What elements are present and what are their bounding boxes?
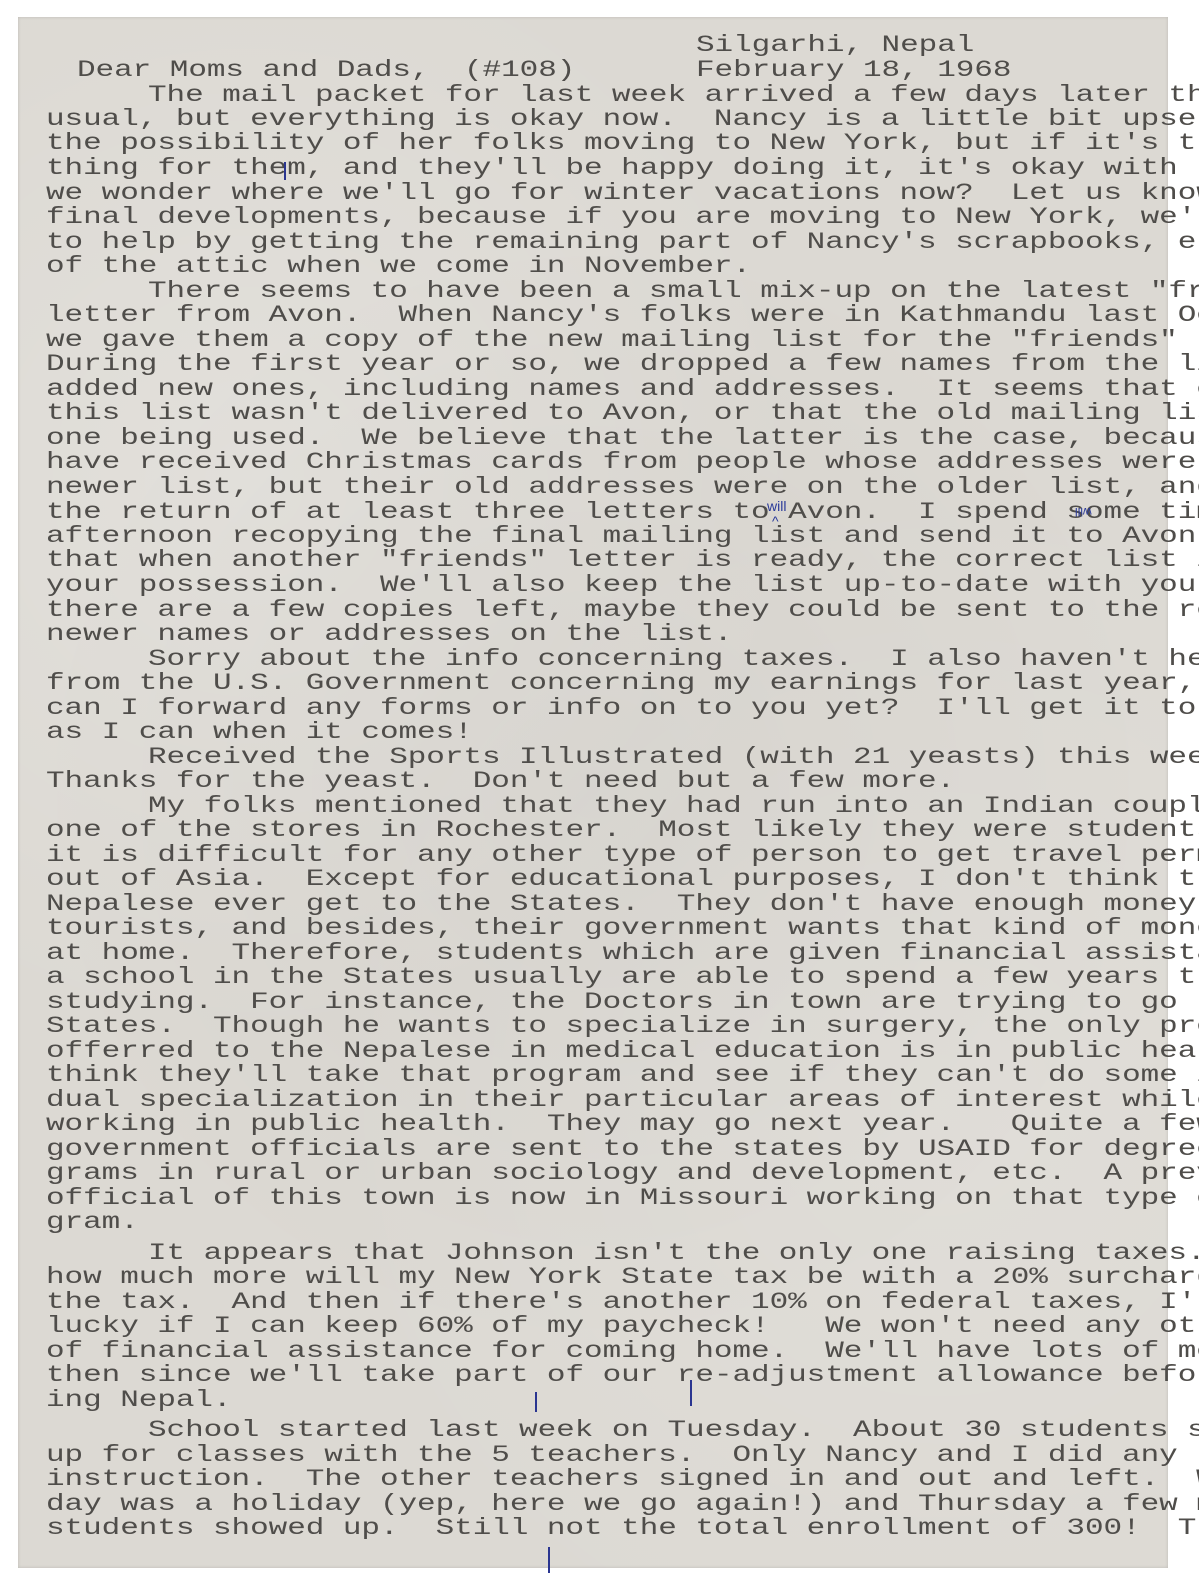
body-line: the return of at least three letters to … <box>46 504 1199 522</box>
pen-stroke-mark <box>548 1547 550 1573</box>
body-line: think they'll take that program and see … <box>46 1067 1199 1085</box>
body-line: we gave them a copy of the new mailing l… <box>46 332 1199 350</box>
body-line: dual specialization in their particular … <box>46 1092 1199 1110</box>
pen-stroke-mark <box>284 162 286 180</box>
handwritten-insert-will: will <box>767 499 786 513</box>
body-line: The mail packet for last week arrived a … <box>148 87 1199 105</box>
body-line: final developments, because if you are m… <box>46 209 1199 227</box>
body-line: studying. For instance, the Doctors in t… <box>46 994 1199 1012</box>
salutation: Dear Moms and Dads, <box>77 62 430 80</box>
header-date: February 18, 1968 <box>696 62 1011 80</box>
body-line: as I can when it comes! <box>46 724 473 742</box>
body-line: official of this town is now in Missouri… <box>46 1190 1199 1208</box>
body-line: Nepalese ever get to the States. They do… <box>46 896 1199 914</box>
body-line: one being used. We believe that the latt… <box>46 430 1199 448</box>
body-line: up for classes with the 5 teachers. Only… <box>46 1447 1199 1465</box>
body-line: students showed up. Still not the total … <box>46 1520 1199 1538</box>
body-line: your possession. We'll also keep the lis… <box>46 577 1199 595</box>
body-line: of the attic when we come in November. <box>46 258 751 276</box>
body-line: thing for them, and they'll be happy doi… <box>46 160 1199 178</box>
caret-mark-icon: ^ <box>772 514 779 528</box>
pen-stroke-mark <box>535 1392 537 1412</box>
body-line: there are a few copies left, maybe they … <box>46 602 1199 620</box>
body-line: at home. Therefore, students which are g… <box>46 945 1199 963</box>
letter-page: Silgarhi, Nepal Dear Moms and Dads, (#10… <box>18 17 1168 1568</box>
body-line: instruction. The other teachers signed i… <box>46 1471 1199 1489</box>
handwritten-margin-will: will <box>1075 505 1092 519</box>
header-location: Silgarhi, Nepal <box>696 37 974 55</box>
body-line: Thanks for the yeast. Don't need but a f… <box>46 773 955 791</box>
body-line: government officials are sent to the sta… <box>46 1141 1199 1159</box>
body-line: During the first year or so, we dropped … <box>46 356 1199 374</box>
body-line: offerred to the Nepalese in medical educ… <box>46 1043 1199 1061</box>
body-line: Received the Sports Illustrated (with 21… <box>148 749 1199 767</box>
body-line: the possibility of her folks moving to N… <box>46 135 1199 153</box>
body-line: day was a holiday (yep, here we go again… <box>46 1496 1199 1514</box>
letter-number: (#108) <box>464 62 575 80</box>
body-line: that when another "friends" letter is re… <box>46 552 1199 570</box>
body-line: to help by getting the remaining part of… <box>46 234 1199 252</box>
body-line: out of Asia. Except for educational purp… <box>46 871 1199 889</box>
body-line: one of the stores in Rochester. Most lik… <box>46 822 1199 840</box>
body-line: letter from Avon. When Nancy's folks wer… <box>46 307 1199 325</box>
body-line: ing Nepal. <box>46 1392 232 1410</box>
pen-stroke-mark <box>690 1380 692 1406</box>
body-line: we wonder where we'll go for winter vaca… <box>46 185 1199 203</box>
body-line: My folks mentioned that they had run int… <box>148 798 1199 816</box>
body-line: can I forward any forms or info on to yo… <box>46 700 1199 718</box>
body-line: States. Though he wants to specialize in… <box>46 1018 1199 1036</box>
body-line: then since we'll take part of our re-adj… <box>46 1367 1199 1385</box>
body-line: grams in rural or urban sociology and de… <box>46 1165 1199 1183</box>
body-line: There seems to have been a small mix-up … <box>148 283 1199 301</box>
body-line: Sorry about the info concerning taxes. I… <box>148 651 1199 669</box>
body-line: afternoon recopying the final mailing li… <box>46 528 1199 546</box>
body-line: a school in the States usually are able … <box>46 969 1199 987</box>
body-line: newer names or addresses on the list. <box>46 626 732 644</box>
body-line: lucky if I can keep 60% of my paycheck! … <box>46 1318 1199 1336</box>
body-line: of financial assistance for coming home.… <box>46 1343 1199 1361</box>
body-line: how much more will my New York State tax… <box>46 1269 1199 1287</box>
body-line: have received Christmas cards from peopl… <box>46 454 1199 472</box>
body-line: School started last week on Tuesday. Abo… <box>148 1422 1199 1440</box>
body-line: working in public health. They may go ne… <box>46 1116 1199 1134</box>
body-line: It appears that Johnson isn't the only o… <box>148 1245 1199 1263</box>
body-line: newer list, but their old addresses were… <box>46 479 1199 497</box>
body-line: added new ones, including names and addr… <box>46 381 1199 399</box>
body-line: usual, but everything is okay now. Nancy… <box>46 111 1199 129</box>
body-line: this list wasn't delivered to Avon, or t… <box>46 405 1199 423</box>
body-line: it is difficult for any other type of pe… <box>46 847 1199 865</box>
body-line: the tax. And then if there's another 10%… <box>46 1294 1199 1312</box>
body-line: from the U.S. Government concerning my e… <box>46 675 1199 693</box>
body-line: gram. <box>46 1214 139 1232</box>
body-line: tourists, and besides, their government … <box>46 920 1199 938</box>
